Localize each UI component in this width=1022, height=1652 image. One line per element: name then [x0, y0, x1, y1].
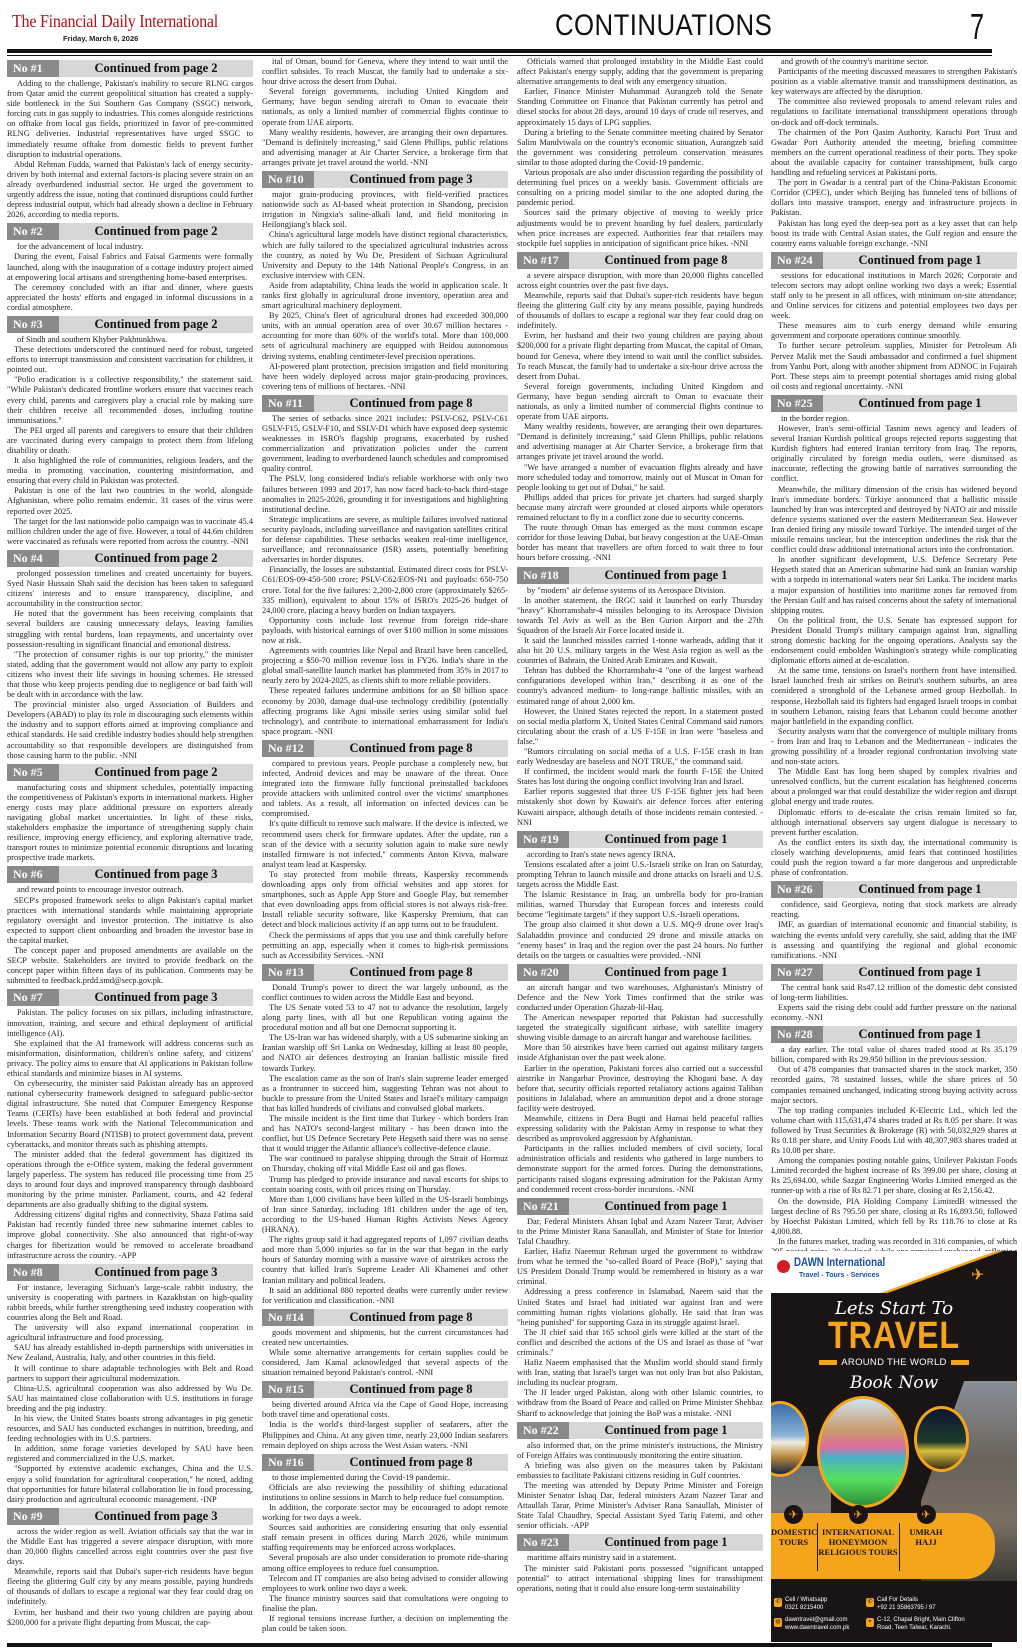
story-paragraph: The committee also reviewed proposals to… [771, 97, 1017, 127]
section-header: No #13Continued from page 8 [262, 964, 508, 981]
story-paragraph: an aircraft hangar and two warehouses, A… [517, 983, 763, 1013]
story-paragraph: These detections underscored the continu… [7, 345, 253, 375]
footer-rule [7, 1643, 992, 1647]
plane-icon: ✈ [849, 1505, 868, 1524]
story-10: No #10Continued from page 3major grain-p… [262, 171, 508, 392]
continued-from-label: Continued from page 8 [569, 252, 763, 269]
story-paragraph: Opportunity costs include lost revenue f… [262, 616, 508, 646]
story-28: No #28Continued from page 1a day earlier… [771, 1026, 1017, 1267]
story-paragraph: These repeated failures undermine ambiti… [262, 686, 508, 736]
story-paragraph: "Polio eradication is a collective respo… [7, 375, 253, 425]
story-paragraph: The group also claimed it shot down a U.… [517, 920, 763, 960]
plane-icon: ✈ [917, 1505, 936, 1524]
publication-title: The Financial Daily International [12, 11, 218, 32]
story-paragraph: Evrim, her husband and their two young c… [517, 331, 763, 381]
story-paragraph: A briefing was also given on the measure… [517, 1461, 763, 1481]
story-paragraph: The war continued to paralyse shipping t… [262, 1154, 508, 1174]
story-paragraph: Participants of the meeting discussed me… [771, 67, 1017, 97]
story-paragraph: The JI chief said that 165 school girls … [517, 1328, 763, 1358]
story-number-tag: No #28 [771, 1026, 823, 1043]
story-paragraph: More than 1,000 civilians have been kill… [262, 1195, 508, 1235]
story-paragraph: Sources said the primary objective of mo… [517, 208, 763, 248]
story-9: No #9Continued from page 3across the wid… [7, 1508, 253, 1628]
story-paragraph: to those implemented during the Covid-19… [262, 1473, 508, 1483]
continued-from-label: Continued from page 1 [569, 567, 763, 584]
story-paragraph: The PSLV, long considered India's reliab… [262, 474, 508, 514]
service-domestic-tours: ✈ DOMESTIC TOURS [771, 1513, 816, 1579]
story-paragraph: Strategic implications are severe, as mu… [262, 515, 508, 565]
story-13: No #13Continued from page 8Donald Trump'… [262, 964, 508, 1306]
continued-from-label: Continued from page 2 [59, 316, 253, 333]
contact-cell-value: 0321 8215400 [785, 1605, 827, 1613]
service-label: INTERNATIONAL HONEYMOON RELIGIOUS TOURS [818, 1527, 897, 1557]
section-header: No #8Continued from page 3 [7, 1264, 253, 1281]
story-paragraph: Evrim, her husband and their two young c… [7, 1608, 253, 1628]
ad-headline: TRAVEL [789, 1317, 998, 1355]
location-pin-icon: ⌖ [866, 1618, 874, 1627]
contact-cell[interactable]: ✆ Cell / Whatsapp 0321 8215400 [785, 1597, 827, 1612]
story-paragraph: The port in Gwadar is a central part of … [771, 178, 1017, 218]
story-number-tag: No #3 [7, 316, 59, 333]
continued-from-label: Continued from page 8 [314, 964, 508, 981]
story-paragraph: SAU has already established in-depth par… [7, 1343, 253, 1363]
story-paragraph: Diplomatic efforts to de-escalate the cr… [771, 808, 1017, 838]
story-number-tag: No #10 [262, 171, 314, 188]
story-paragraph: a day earlier. The total value of shares… [771, 1045, 1017, 1065]
story-paragraph: It will continue to share adaptable tech… [7, 1364, 253, 1384]
story-paragraph: The rights group said it had aggregated … [262, 1235, 508, 1285]
story-paragraph: The US Senate voted 53 to 47 not to adva… [262, 1003, 508, 1033]
story-paragraph: In addition, the corporate sector may be… [262, 1503, 508, 1523]
story-paragraph: The JI leader urged Pakistan, along with… [517, 1388, 763, 1418]
story-paragraph: It said an additional 880 reported death… [262, 1286, 508, 1306]
story-number-tag: No #14 [262, 1309, 314, 1326]
story-paragraph: The minister said Pakistani ports posses… [517, 1564, 763, 1594]
story-number-tag: No #24 [771, 252, 823, 269]
story-paragraph: These measures aim to curb energy demand… [771, 321, 1017, 341]
story-paragraph: In another statement, the IRGC said it l… [517, 596, 763, 636]
contact-web[interactable]: ◍ dawntravel@gmail.com www.dawntravel.co… [785, 1617, 849, 1632]
story-paragraph: in the border region. [771, 414, 1017, 424]
story-paragraph: On the political front, the U.S. Senate … [771, 616, 1017, 666]
section-header: No #20Continued from page 1 [517, 964, 763, 981]
ad-subheadline: AROUND THE WORLD [771, 1357, 1017, 1368]
contact-call[interactable]: ✆ Call For Details +92 21 35863795 / 97 [877, 1597, 936, 1612]
story-paragraph: Various proposals are also under discuss… [517, 168, 763, 208]
story-23: No #23Continued from page 1maritime affa… [517, 1534, 763, 1593]
story-16: No #16Continued from page 8to those impl… [262, 1454, 508, 1635]
story-paragraph: for the advancement of local industry. [7, 242, 253, 252]
continued-from-label: Continued from page 1 [569, 1534, 763, 1551]
story-paragraph: The provincial minister also urged Assoc… [7, 700, 253, 761]
story-paragraph: The American newspaper reported that Pak… [517, 1013, 763, 1043]
address-line-1: C-12, Chapal Bright, Main Clifton [877, 1617, 965, 1625]
story-26: No #26Continued from page 1confidence, s… [771, 881, 1017, 961]
section-header: No #17Continued from page 8 [517, 252, 763, 269]
story-paragraph: It also highlighted the role of communit… [7, 456, 253, 486]
continued-from-label: Continued from page 1 [823, 252, 1017, 269]
story-paragraph: Meanwhile, the military dimension of the… [771, 485, 1017, 556]
story-number-tag: No #20 [517, 964, 569, 981]
story-paragraph: of Sindh and southern Khyber Pakhtunkhwa… [7, 335, 253, 345]
story-paragraph: by "modern" air defense systems of its A… [517, 586, 763, 596]
continued-from-label: Continued from page 2 [59, 764, 253, 781]
story-paragraph: Security analysts warn that the converge… [771, 727, 1017, 767]
story-paragraph: It's quite difficult to remove such malw… [262, 819, 508, 869]
story-19: No #19Continued from page 1according to … [517, 831, 763, 961]
story-paragraph: At the same time, tensions on Israel's n… [771, 666, 1017, 727]
story-paragraph: "Rumors circulating on social media of a… [517, 747, 763, 767]
story-3: No #3Continued from page 2of Sindh and s… [7, 316, 253, 547]
story-4: No #4Continued from page 2prolonged poss… [7, 550, 253, 761]
story-paragraph: If regional tensions increase further, a… [262, 1614, 508, 1634]
story-paragraph: Financially, the losses are substantial.… [262, 565, 508, 615]
story-continuation: ital of Oman, bound for Geneva, where th… [262, 57, 508, 168]
story-22: No #22Continued from page 1also informed… [517, 1422, 763, 1532]
section-header: No #24Continued from page 1 [771, 252, 1017, 269]
story-paragraph: However, Iran's semi-official Tasnim new… [771, 424, 1017, 485]
story-paragraph: On the downside, PIA Holding Company Lim… [771, 1197, 1017, 1237]
story-paragraph: Pakistan is one of the last two countrie… [7, 486, 253, 516]
section-header: No #3Continued from page 2 [7, 316, 253, 333]
story-paragraph: Meanwhile, citizens in Dera Bugti and Ha… [517, 1114, 763, 1144]
service-divider [899, 1523, 900, 1571]
masthead: The Financial Daily International Friday… [0, 0, 1022, 52]
story-paragraph: For instance, leveraging Sichuan's large… [7, 1283, 253, 1323]
story-paragraph: During a briefing to the Senate committe… [517, 128, 763, 168]
story-8: No #8Continued from page 3For instance, … [7, 1264, 253, 1505]
ad-services-band: ✈ DOMESTIC TOURS ✈ INTERNATIONAL HONEYMO… [771, 1513, 995, 1579]
plane-icon: ✈ [784, 1505, 803, 1524]
phone-icon: ✆ [866, 1598, 874, 1607]
issue-date: Friday, March 6, 2026 [63, 34, 138, 43]
story-number-tag: No #16 [262, 1454, 314, 1471]
continued-from-label: Continued from page 8 [314, 1454, 508, 1471]
story-paragraph: AI-powered plant protection, precision i… [262, 362, 508, 392]
story-paragraph: He noted that the government has been re… [7, 609, 253, 649]
story-paragraph: The meeting was attended by Deputy Prime… [517, 1481, 763, 1531]
story-paragraph: Earlier in the operation, Pakistani forc… [517, 1064, 763, 1114]
continued-from-label: Continued from page 8 [314, 395, 508, 412]
story-paragraph: The series of setbacks since 2021 includ… [262, 414, 508, 475]
story-number-tag: No #22 [517, 1422, 569, 1439]
story-18: No #18Continued from page 1by "modern" a… [517, 567, 763, 828]
story-paragraph: SECP's proposed framework seeks to align… [7, 896, 253, 946]
story-paragraph: In another significant development, U.S.… [771, 555, 1017, 616]
story-paragraph: The target for the last nationwide polio… [7, 517, 253, 547]
story-7: No #7Continued from page 3Pakistan. The … [7, 989, 253, 1260]
story-paragraph: The finance ministry sources said that c… [262, 1594, 508, 1614]
story-paragraph: across the wider region as well. Aviatio… [7, 1527, 253, 1567]
story-paragraph: Dar, Federal Ministers Ahsan Iqbal and A… [517, 1217, 763, 1247]
section-header: No #4Continued from page 2 [7, 550, 253, 567]
story-paragraph: a severe airspace disruption, with more … [517, 271, 763, 291]
story-paragraph: Tensions escalated after a joint U.S.-Is… [517, 860, 763, 890]
story-paragraph: "We have arranged a number of evacuation… [517, 463, 763, 493]
section-header: No #28Continued from page 1 [771, 1026, 1017, 1043]
continued-from-label: Continued from page 1 [569, 964, 763, 981]
story-paragraph: Donald Trump's power to direct the war l… [262, 983, 508, 1003]
column-1: No #1Continued from page 2Adding to the … [7, 57, 253, 1642]
story-number-tag: No #7 [7, 989, 59, 1006]
story-number-tag: No #23 [517, 1534, 569, 1551]
column-2: ital of Oman, bound for Geneva, where th… [262, 57, 508, 1642]
story-paragraph: and growth of the country's maritime sec… [771, 57, 1017, 67]
story-paragraph: The minister added that the federal gove… [7, 1150, 253, 1211]
story-number-tag: No #1 [7, 60, 59, 77]
continued-from-label: Continued from page 1 [569, 1198, 763, 1215]
story-number-tag: No #13 [262, 964, 314, 981]
story-paragraph: Officials are also reviewing the possibi… [262, 1483, 508, 1503]
story-paragraph: The top trading companies included K-Ele… [771, 1106, 1017, 1156]
contact-address: ⌖ C-12, Chapal Bright, Main Clifton Road… [877, 1617, 965, 1632]
story-21: No #21Continued from page 1Dar, Federal … [517, 1198, 763, 1419]
story-number-tag: No #6 [7, 866, 59, 883]
service-umrah-hajj: ✈ UMRAH HAJJ [901, 1513, 951, 1579]
page-number: 7 [970, 6, 984, 48]
story-paragraph: compared to previous years. People purch… [262, 759, 508, 820]
section-header: No #19Continued from page 1 [517, 831, 763, 848]
story-paragraph: ital of Oman, bound for Geneva, where th… [262, 57, 508, 87]
story-paragraph: Many wealthy residents, however, are arr… [262, 128, 508, 168]
story-15: No #15Continued from page 8being diverte… [262, 1381, 508, 1450]
address-line-2: Road, Teen Talwar, Karachi. [877, 1625, 965, 1633]
section-header: No #1Continued from page 2 [7, 60, 253, 77]
airplane-icon: ✈ [971, 1265, 984, 1285]
story-paragraph: If confirmed, the incident would mark th… [517, 767, 763, 787]
continued-from-label: Continued from page 3 [59, 989, 253, 1006]
section-header: No #16Continued from page 8 [262, 1454, 508, 1471]
contact-website[interactable]: www.dawntravel.com.pk [785, 1625, 849, 1633]
globe-icon: ◍ [774, 1618, 782, 1627]
story-paragraph: The Middle East has long been shaped by … [771, 767, 1017, 807]
story-number-tag: No #18 [517, 567, 569, 584]
continued-from-label: Continued from page 3 [59, 1508, 253, 1525]
service-label: UMRAH HAJJ [909, 1527, 942, 1547]
story-2: No #2Continued from page 2for the advanc… [7, 223, 253, 313]
service-international-tours: ✈ INTERNATIONAL HONEYMOON RELIGIOUS TOUR… [818, 1513, 898, 1579]
ad-contact-panel: ✆ Cell / Whatsapp 0321 8215400 ✆ Call Fo… [771, 1585, 1017, 1642]
story-paragraph: Pakistan. The policy focuses on six pill… [7, 1008, 253, 1038]
story-paragraph: Several foreign governments, including U… [517, 382, 763, 422]
story-paragraph: Earlier, Hafiz Naeemur Rehman urged the … [517, 1247, 763, 1287]
section-header: No #14Continued from page 8 [262, 1309, 508, 1326]
story-paragraph: Out of 478 companies that transacted sha… [771, 1065, 1017, 1105]
ad-brand-name: DAWN International [794, 1257, 885, 1269]
contact-call-value: +92 21 35863795 / 97 [877, 1605, 936, 1613]
story-paragraph: Addressing a press conference in Islamab… [517, 1287, 763, 1327]
service-label: DOMESTIC TOURS [771, 1527, 817, 1547]
continued-from-label: Continued from page 1 [569, 1422, 763, 1439]
story-paragraph: On cybersecurity, the minister said Paki… [7, 1079, 253, 1150]
story-paragraph: Agreements with countries like Nepal and… [262, 646, 508, 686]
story-number-tag: No #21 [517, 1198, 569, 1215]
story-paragraph: and reward points to encourage investor … [7, 885, 253, 895]
continued-from-label: Continued from page 2 [59, 550, 253, 567]
story-paragraph: The Islamic Resistance in Iraq, an umbre… [517, 890, 763, 920]
story-paragraph: Adding to the challenge, Pakistan's inab… [7, 79, 253, 160]
story-paragraph: Phillips added that prices for private j… [517, 493, 763, 523]
continued-from-label: Continued from page 3 [59, 1264, 253, 1281]
travel-advertisement[interactable]: DAWN International Travel - Tours - Serv… [771, 1251, 1017, 1642]
story-12: No #12Continued from page 8compared to p… [262, 740, 508, 961]
continued-from-label: Continued from page 1 [823, 1026, 1017, 1043]
story-paragraph: However, the United States rejected the … [517, 707, 763, 747]
story-1: No #1Continued from page 2Adding to the … [7, 60, 253, 220]
story-number-tag: No #19 [517, 831, 569, 848]
story-paragraph: As the conflict enters its sixth day, th… [771, 838, 1017, 878]
story-paragraph: China-U.S. agricultural cooperation was … [7, 1384, 253, 1414]
story-27: No #27Continued from page 1The central b… [771, 964, 1017, 1023]
masthead-rule [7, 49, 992, 53]
story-5: No #5Continued from page 2manufacturing … [7, 764, 253, 864]
continued-from-label: Continued from page 1 [823, 881, 1017, 898]
story-paragraph: During the event, Faisal Fabrics and Fai… [7, 252, 253, 282]
story-paragraph: The central bank said Rs47.12 trillion o… [771, 983, 1017, 1003]
story-paragraph: major grain-producing provinces, with fi… [262, 190, 508, 230]
story-paragraph: maritime affairs ministry said in a stat… [517, 1553, 763, 1563]
story-paragraph: The chairmen of the Port Qasim Authority… [771, 128, 1017, 178]
contact-email[interactable]: dawntravel@gmail.com [785, 1617, 849, 1625]
section-header: No #15Continued from page 8 [262, 1381, 508, 1398]
section-title: CONTINUATIONS [555, 9, 772, 43]
story-number-tag: No #4 [7, 550, 59, 567]
story-number-tag: No #12 [262, 740, 314, 757]
story-paragraph: The university will also expand internat… [7, 1323, 253, 1343]
ad-canal-city-photo [817, 1396, 909, 1508]
story-paragraph: The PEI urged all parents and caregivers… [7, 426, 253, 456]
story-paragraph: also informed that, on the prime ministe… [517, 1441, 763, 1461]
continued-from-label: Continued from page 1 [823, 964, 1017, 981]
story-paragraph: Telecom and IT companies are also being … [262, 1574, 508, 1594]
story-17: No #17Continued from page 8a severe airs… [517, 252, 763, 564]
story-paragraph: More than 50 airstrikes have been carrie… [517, 1043, 763, 1063]
story-paragraph: prolonged possession timelines and creat… [7, 569, 253, 609]
story-paragraph: Meanwhile, reports said that Dubai's sup… [517, 291, 763, 331]
story-paragraph: To stay protected from mobile threats, K… [262, 870, 508, 931]
story-25: No #25Continued from page 1in the border… [771, 395, 1017, 878]
story-paragraph: In his view, the United States boasts st… [7, 1414, 253, 1444]
section-header: No #22Continued from page 1 [517, 1422, 763, 1439]
story-paragraph: China's agricultural large models have d… [262, 230, 508, 280]
section-header: No #25Continued from page 1 [771, 395, 1017, 412]
story-24: No #24Continued from page 1sessions for … [771, 252, 1017, 392]
masthead-rule-thin [7, 55, 992, 56]
story-paragraph: India is the world's third-largest suppl… [262, 1420, 508, 1450]
story-paragraph: Many wealthy residents, however, are arr… [517, 422, 763, 462]
continued-from-label: Continued from page 1 [823, 395, 1017, 412]
story-paragraph: Sources said authorities are considering… [262, 1523, 508, 1553]
story-paragraph: being diverted around Africa via the Cap… [262, 1400, 508, 1420]
story-paragraph: Trump has pledged to provide insurance a… [262, 1175, 508, 1195]
story-paragraph: Participants in the rallies included mem… [517, 1144, 763, 1194]
contact-cell-label: Cell / Whatsapp [785, 1597, 827, 1605]
story-paragraph: Experts said the rising debt could add f… [771, 1003, 1017, 1023]
ad-night-city-photo [914, 1406, 969, 1472]
ad-subheadline-text: AROUND THE WORLD [841, 1357, 946, 1368]
section-header: No #26Continued from page 1 [771, 881, 1017, 898]
continued-from-label: Continued from page 2 [59, 223, 253, 240]
continued-from-label: Continued from page 3 [314, 171, 508, 188]
story-paragraph: The ceremony concluded with an iftar and… [7, 283, 253, 313]
story-paragraph: Among the companies posting notable gain… [771, 1156, 1017, 1196]
globe-logo-icon [777, 1260, 790, 1273]
continued-from-label: Continued from page 8 [314, 740, 508, 757]
story-continuation: and growth of the country's maritime sec… [771, 57, 1017, 249]
section-header: No #21Continued from page 1 [517, 1198, 763, 1215]
continued-from-label: Continued from page 1 [569, 831, 763, 848]
ad-brand-tagline: Travel - Tours - Services [799, 1272, 879, 1279]
story-paragraph: In addition, some forage varieties devel… [7, 1444, 253, 1464]
story-6: No #6Continued from page 3and reward poi… [7, 866, 253, 986]
story-continuation: Officials warned that prolonged instabil… [517, 57, 763, 249]
story-number-tag: No #8 [7, 1264, 59, 1281]
story-paragraph: Several foreign governments, including U… [262, 87, 508, 127]
story-paragraph: manufacturing costs and shipment schedul… [7, 783, 253, 864]
section-header: No #6Continued from page 3 [7, 866, 253, 883]
section-header: No #11Continued from page 8 [262, 395, 508, 412]
continued-from-label: Continued from page 8 [314, 1309, 508, 1326]
section-header: No #9Continued from page 3 [7, 1508, 253, 1525]
story-paragraph: The US-Iran war has widened sharply, wit… [262, 1033, 508, 1073]
story-paragraph: sessions for educational institutions in… [771, 271, 1017, 321]
story-paragraph: She explained that the AI framework will… [7, 1039, 253, 1079]
story-paragraph: While some alternative arrangements for … [262, 1348, 508, 1378]
story-number-tag: No #25 [771, 395, 823, 412]
story-paragraph: goods movement and shipments, but the cu… [262, 1328, 508, 1348]
story-paragraph: The missile incident is the first time t… [262, 1114, 508, 1154]
story-paragraph: By 2025, China's fleet of agricultural d… [262, 311, 508, 361]
story-paragraph: The escalation came as the son of Iran's… [262, 1074, 508, 1114]
continued-from-label: Continued from page 2 [59, 60, 253, 77]
story-paragraph: Several proposals are also under conside… [262, 1553, 508, 1573]
story-20: No #20Continued from page 1an aircraft h… [517, 964, 763, 1195]
story-paragraph: Addressing citizens' digital rights and … [7, 1210, 253, 1260]
story-number-tag: No #26 [771, 881, 823, 898]
story-paragraph: according to Iran's state news agency IR… [517, 850, 763, 860]
continued-from-label: Continued from page 3 [59, 866, 253, 883]
story-paragraph: Tehran has dubbed the Khorramshahr-4 "on… [517, 666, 763, 706]
section-header: No #27Continued from page 1 [771, 964, 1017, 981]
contact-call-label: Call For Details [877, 1597, 936, 1605]
story-paragraph: Earlier, Finance Minister Muhammad Auran… [517, 87, 763, 127]
story-paragraph: Earlier reports suggested that three US … [517, 787, 763, 827]
story-paragraph: Check the permissions of apps that you u… [262, 931, 508, 961]
story-number-tag: No #11 [262, 395, 314, 412]
story-number-tag: No #5 [7, 764, 59, 781]
story-paragraph: It said the launched missiles carried 1-… [517, 636, 763, 666]
section-header: No #7Continued from page 3 [7, 989, 253, 1006]
story-paragraph: Abdul Rehman Fudda, warned that Pakistan… [7, 160, 253, 221]
story-paragraph: Meanwhile, reports said that Dubai's sup… [7, 1567, 253, 1607]
continued-from-label: Continued from page 8 [314, 1381, 508, 1398]
story-paragraph: Aside from adaptability, China leads the… [262, 281, 508, 311]
story-paragraph: The route through Oman has emerged as th… [517, 523, 763, 563]
story-number-tag: No #9 [7, 1508, 59, 1525]
story-paragraph: IMF, as guardian of international econom… [771, 920, 1017, 960]
story-paragraph: confidence, said Georgieva, noting that … [771, 900, 1017, 920]
story-paragraph: "The protection of consumer rights is ou… [7, 650, 253, 700]
story-paragraph: To further secure petroleum supplies, Mi… [771, 341, 1017, 391]
story-14: No #14Continued from page 8goods movemen… [262, 1309, 508, 1378]
section-header: No #12Continued from page 8 [262, 740, 508, 757]
story-paragraph: Officials warned that prolonged instabil… [517, 57, 763, 87]
story-paragraph: "Supported by extensive academic exchang… [7, 1464, 253, 1504]
story-number-tag: No #2 [7, 223, 59, 240]
story-number-tag: No #17 [517, 252, 569, 269]
section-header: No #2Continued from page 2 [7, 223, 253, 240]
section-header: No #10Continued from page 3 [262, 171, 508, 188]
